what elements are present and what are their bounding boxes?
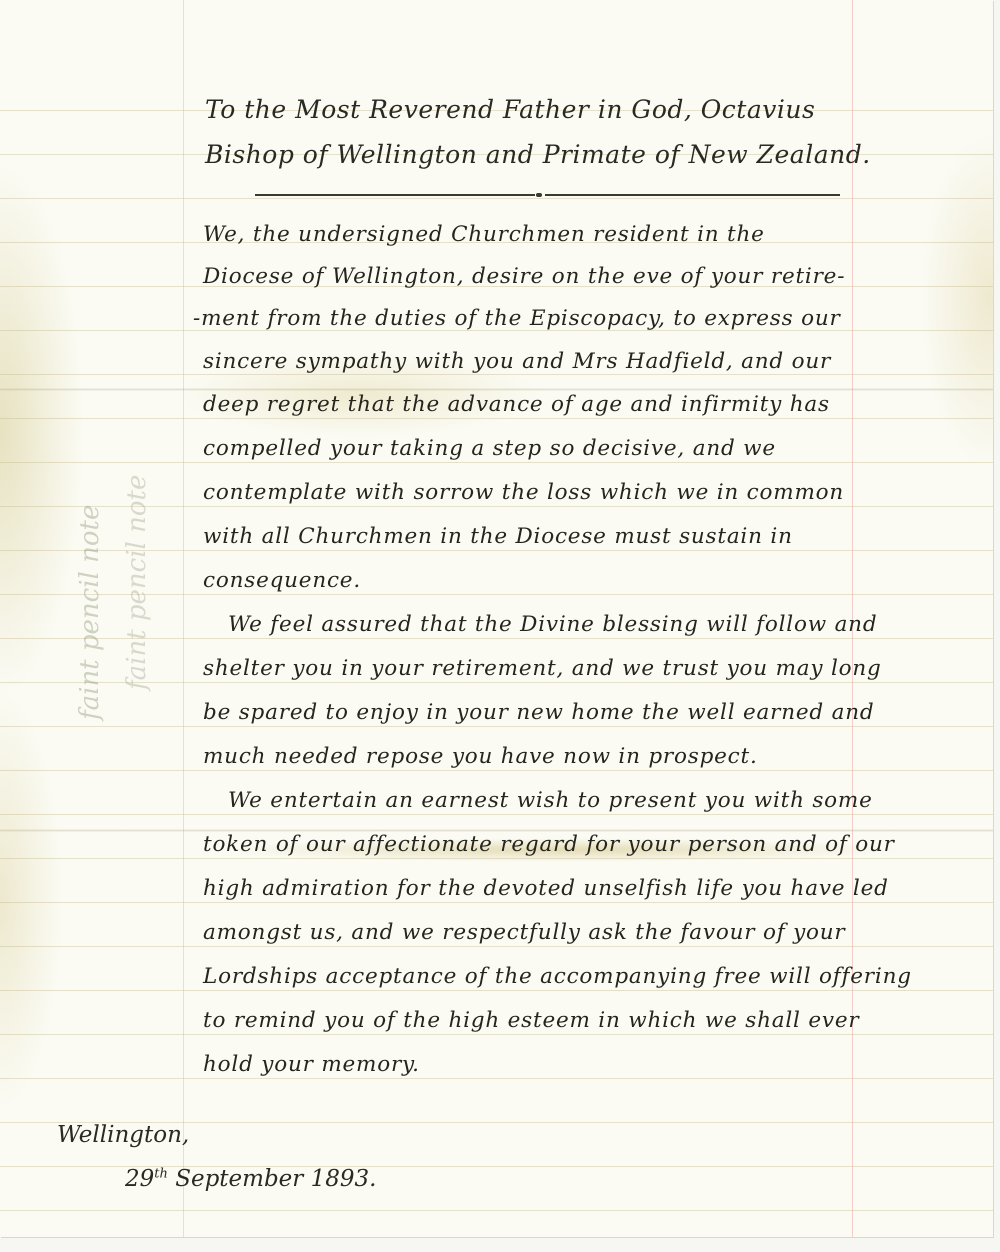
ruled-line — [0, 726, 993, 727]
ruled-line — [0, 418, 993, 419]
body-line: hold your memory. — [203, 1052, 420, 1077]
ruled-line — [0, 374, 993, 375]
ruled-line — [0, 858, 993, 859]
letter-sheet: faint pencil note faint pencil note To t… — [0, 0, 993, 1237]
body-line: We feel assured that the Divine blessing… — [228, 612, 877, 637]
body-line: -ment from the duties of the Episcopacy,… — [193, 306, 841, 331]
ruled-line — [0, 902, 993, 903]
body-line: Diocese of Wellington, desire on the eve… — [203, 264, 845, 289]
ruled-line — [0, 990, 993, 991]
body-line: We, the undersigned Churchmen resident i… — [203, 222, 765, 247]
header-address-line-1: To the Most Reverend Father in God, Octa… — [205, 95, 815, 124]
body-line: deep regret that the advance of age and … — [203, 392, 830, 417]
body-line: compelled your taking a step so decisive… — [203, 436, 776, 461]
body-line: to remind you of the high esteem in whic… — [203, 1008, 859, 1033]
date-suffix: th — [154, 1166, 168, 1181]
ruled-line — [0, 462, 993, 463]
body-line: amongst us, and we respectfully ask the … — [203, 920, 846, 945]
body-line: much needed repose you have now in prosp… — [203, 744, 758, 769]
paper-fold-upper — [0, 388, 993, 391]
pencil-marginalia-1: faint pencil note — [75, 505, 105, 720]
body-line: be spared to enjoy in your new home the … — [203, 700, 874, 725]
body-line: token of our affectionate regard for you… — [203, 832, 895, 857]
body-line: We entertain an earnest wish to present … — [228, 788, 873, 813]
ruled-line — [0, 814, 993, 815]
header-address-line-2: Bishop of Wellington and Primate of New … — [205, 140, 871, 169]
body-line: Lordships acceptance of the accompanying… — [203, 964, 912, 989]
body-line: sincere sympathy with you and Mrs Hadfie… — [203, 349, 831, 374]
ruled-line — [0, 1210, 993, 1211]
body-line: high admiration for the devoted unselfis… — [203, 876, 889, 901]
body-line: shelter you in your retirement, and we t… — [203, 656, 882, 681]
ruled-line — [0, 1034, 993, 1035]
body-line: contemplate with sorrow the loss which w… — [203, 480, 844, 505]
header-divider-right — [545, 194, 840, 196]
header-divider-ornament — [536, 193, 542, 197]
ruled-line — [0, 770, 993, 771]
closing-place: Wellington, — [57, 1122, 189, 1148]
closing-date: 29th September 1893. — [125, 1166, 376, 1192]
header-divider-left — [255, 194, 535, 196]
ruled-line — [0, 198, 993, 199]
body-line: with all Churchmen in the Diocese must s… — [203, 524, 793, 549]
body-line: consequence. — [203, 568, 361, 593]
ruled-line — [0, 946, 993, 947]
date-day: 29 — [125, 1166, 154, 1192]
left-margin-line — [183, 0, 184, 1237]
pencil-marginalia-2: faint pencil note — [122, 475, 152, 690]
ruled-line — [0, 1078, 993, 1079]
date-month-year: September 1893. — [175, 1166, 376, 1192]
